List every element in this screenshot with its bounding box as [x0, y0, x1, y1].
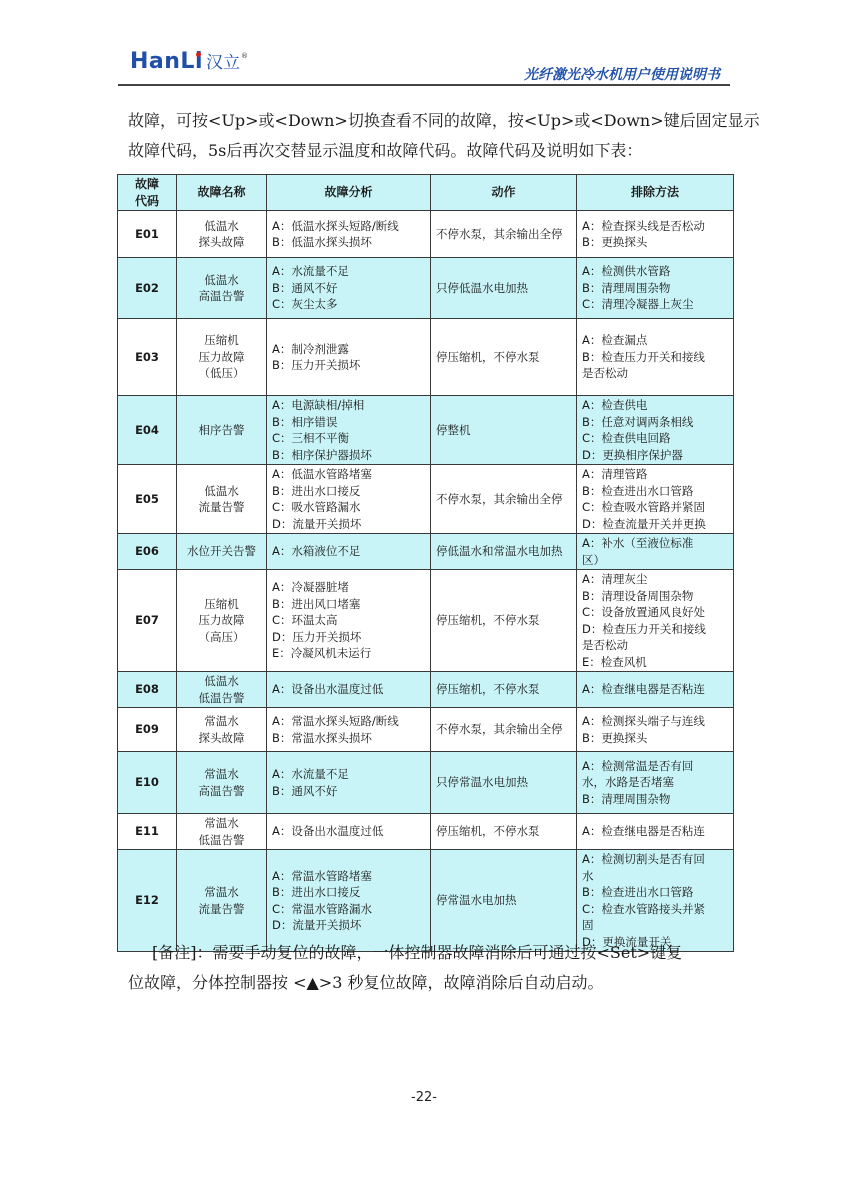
analysis-line: B：低温水探头损坏	[272, 234, 425, 251]
fault-analysis-cell: A：电源缺相/掉相B：相序错误C：三相不平衡B：相序保护器损坏	[267, 396, 431, 465]
header-action: 动作	[431, 175, 577, 211]
analysis-line: C：常温水管路漏水	[272, 901, 425, 918]
remedy-line: B：检查进出水口管路	[582, 483, 728, 500]
fault-code-cell: E03	[118, 319, 177, 396]
fault-name-line: 相序告警	[182, 422, 261, 439]
fault-name-cell: 低温水低温告警	[177, 672, 267, 708]
fault-analysis-cell: A：水箱液位不足	[267, 534, 431, 570]
action-cell: 不停水泵，其余输出全停	[431, 708, 577, 752]
fault-name-line: 低温告警	[182, 690, 261, 707]
table-body: E01低温水探头故障A：低温水探头短路/断线B：低温水探头损坏不停水泵，其余输出…	[118, 211, 734, 952]
fault-code-cell: E05	[118, 465, 177, 534]
remedy-line: C：清理冷凝器上灰尘	[582, 296, 728, 313]
action-cell: 不停水泵，其余输出全停	[431, 465, 577, 534]
table-row: E07压缩机压力故障（高压）A：冷凝器脏堵B：进出风口堵塞C：环温太高D：压力开…	[118, 570, 734, 672]
analysis-line: B：通风不好	[272, 280, 425, 297]
analysis-line: A：水流量不足	[272, 766, 425, 783]
analysis-line: B：通风不好	[272, 783, 425, 800]
remedy-line: 是否松动	[582, 365, 728, 382]
action-cell: 只停常温水电加热	[431, 752, 577, 814]
remedy-line: 是否松动	[582, 637, 728, 654]
action-cell: 停常温水电加热	[431, 850, 577, 952]
fault-name-line: 高温告警	[182, 783, 261, 800]
remedy-line: B：清理周围杂物	[582, 280, 728, 297]
remedy-line: D：更换相序保护器	[582, 447, 728, 464]
analysis-line: A：水流量不足	[272, 263, 425, 280]
fault-name-cell: 低温水高温告警	[177, 258, 267, 319]
fault-name-line: 高温告警	[182, 288, 261, 305]
remedy-line: A：清理管路	[582, 466, 728, 483]
analysis-line: A：设备出水温度过低	[272, 681, 425, 698]
fault-analysis-cell: A：设备出水温度过低	[267, 814, 431, 850]
fault-name-line: 流量告警	[182, 499, 261, 516]
fault-name-line: 压力故障	[182, 349, 261, 366]
action-cell: 停压缩机，不停水泵	[431, 672, 577, 708]
action-cell: 停压缩机，不停水泵	[431, 319, 577, 396]
fault-code-cell: E12	[118, 850, 177, 952]
fault-analysis-cell: A：设备出水温度过低	[267, 672, 431, 708]
page-header: HanLi 汉立 ® 光纤激光冷水机用户使用说明书	[118, 40, 730, 86]
fault-name-cell: 压缩机压力故障（低压）	[177, 319, 267, 396]
remedy-line: C：检查吸水管路并紧固	[582, 499, 728, 516]
note-line-1: [备注]：需要手动复位的故障，一体控制器故障消除后可通过按<Set>键复	[152, 943, 682, 962]
analysis-line: A：低温水管路堵塞	[272, 466, 425, 483]
fault-name-cell: 压缩机压力故障（高压）	[177, 570, 267, 672]
remedy-cell: A：检测常温是否有回水，水路是否堵塞B：清理周围杂物	[577, 752, 734, 814]
fault-code-cell: E02	[118, 258, 177, 319]
remedy-line: A：检测探头端子与连线	[582, 713, 728, 730]
fault-name-line: 低温水	[182, 218, 261, 235]
remedy-cell: A：清理管路B：检查进出水口管路C：检查吸水管路并紧固D：检查流量开关并更换	[577, 465, 734, 534]
analysis-line: D：流量开关损坏	[272, 516, 425, 533]
analysis-line: A：低温水探头短路/断线	[272, 218, 425, 235]
analysis-line: C：环温太高	[272, 612, 425, 629]
note-paragraph: [备注]：需要手动复位的故障，一体控制器故障消除后可通过按<Set>键复 位故障…	[128, 938, 738, 998]
fault-analysis-cell: A：水流量不足B：通风不好C：灰尘太多	[267, 258, 431, 319]
registered-mark-icon: ®	[241, 52, 248, 60]
fault-name-line: 常温水	[182, 713, 261, 730]
remedy-line: A：检查供电	[582, 397, 728, 414]
fault-name-cell: 低温水探头故障	[177, 211, 267, 258]
analysis-line: A：电源缺相/掉相	[272, 397, 425, 414]
document-title: 光纤激光冷水机用户使用说明书	[524, 64, 720, 84]
fault-code-cell: E10	[118, 752, 177, 814]
remedy-line: C：检查供电回路	[582, 430, 728, 447]
fault-code-cell: E08	[118, 672, 177, 708]
remedy-cell: A：清理灰尘B：清理设备周围杂物C：设备放置通风良好处D：检查压力开关和接线是否…	[577, 570, 734, 672]
remedy-line: A：检测常温是否有回	[582, 758, 728, 775]
remedy-cell: A：检查探头线是否松动B：更换探头	[577, 211, 734, 258]
analysis-line: A：制冷剂泄露	[272, 341, 425, 358]
fault-code-cell: E06	[118, 534, 177, 570]
intro-line-1: 故障，可按<Up>或<Down>切换查看不同的故障，按<Up>或<Down>键后…	[128, 106, 738, 136]
remedy-line: B：任意对调两条相线	[582, 414, 728, 431]
remedy-line: 区）	[582, 552, 728, 569]
remedy-line: A：清理灰尘	[582, 571, 728, 588]
remedy-cell: A：检测供水管路B：清理周围杂物C：清理冷凝器上灰尘	[577, 258, 734, 319]
fault-analysis-cell: A：冷凝器脏堵B：进出风口堵塞C：环温太高D：压力开关损坏E：冷凝风机未运行	[267, 570, 431, 672]
remedy-line: 水，水路是否堵塞	[582, 774, 728, 791]
fault-name-line: 流量告警	[182, 901, 261, 918]
header-fault-code: 故障 代码	[118, 175, 177, 211]
logo-latin-i: i	[195, 49, 203, 74]
analysis-line: A：常温水管路堵塞	[272, 868, 425, 885]
remedy-line: B：更换探头	[582, 730, 728, 747]
fault-analysis-cell: A：常温水管路堵塞B：进出水口接反C：常温水管路漏水D：流量开关损坏	[267, 850, 431, 952]
fault-code-cell: E11	[118, 814, 177, 850]
analysis-line: C：三相不平衡	[272, 430, 425, 447]
analysis-line: B：进出风口堵塞	[272, 596, 425, 613]
remedy-cell: A：补水（至液位标准区）	[577, 534, 734, 570]
remedy-line: A：检查漏点	[582, 332, 728, 349]
action-cell: 不停水泵，其余输出全停	[431, 211, 577, 258]
remedy-line: B：更换探头	[582, 234, 728, 251]
header-code-line-1: 故障	[123, 176, 171, 193]
remedy-line: 水	[582, 868, 728, 885]
remedy-cell: A：检查供电B：任意对调两条相线C：检查供电回路D：更换相序保护器	[577, 396, 734, 465]
fault-code-cell: E04	[118, 396, 177, 465]
fault-analysis-cell: A：低温水管路堵塞B：进出水口接反C：吸水管路漏水D：流量开关损坏	[267, 465, 431, 534]
fault-code-cell: E09	[118, 708, 177, 752]
logo-chinese-text: 汉立	[206, 52, 240, 74]
analysis-line: A：设备出水温度过低	[272, 823, 425, 840]
analysis-line: B：相序错误	[272, 414, 425, 431]
remedy-line: 固	[582, 917, 728, 934]
table-row: E05低温水流量告警A：低温水管路堵塞B：进出水口接反C：吸水管路漏水D：流量开…	[118, 465, 734, 534]
table-row: E04相序告警A：电源缺相/掉相B：相序错误C：三相不平衡B：相序保护器损坏停整…	[118, 396, 734, 465]
table-row: E02低温水高温告警A：水流量不足B：通风不好C：灰尘太多只停低温水电加热A：检…	[118, 258, 734, 319]
fault-name-cell: 低温水流量告警	[177, 465, 267, 534]
logo-latin-text: HanL	[130, 49, 195, 74]
remedy-line: B：清理设备周围杂物	[582, 588, 728, 605]
header-divider	[118, 84, 730, 86]
fault-code-cell: E07	[118, 570, 177, 672]
remedy-cell: A：检测探头端子与连线B：更换探头	[577, 708, 734, 752]
remedy-line: A：检查探头线是否松动	[582, 218, 728, 235]
note-line-2: 位故障，分体控制器按 <▲>3 秒复位故障，故障消除后自动启动。	[128, 968, 738, 998]
remedy-cell: A：检查继电器是否粘连	[577, 672, 734, 708]
analysis-line: A：水箱液位不足	[272, 543, 425, 560]
hanli-logo: HanLi 汉立 ®	[130, 50, 248, 74]
fault-analysis-cell: A：低温水探头短路/断线B：低温水探头损坏	[267, 211, 431, 258]
fault-name-line: （高压）	[182, 629, 261, 646]
analysis-line: A：冷凝器脏堵	[272, 579, 425, 596]
page-number: -22-	[0, 1090, 848, 1105]
fault-code-table: 故障 代码 故障名称 故障分析 动作 排除方法 E01低温水探头故障A：低温水探…	[117, 174, 734, 952]
fault-name-line: 探头故障	[182, 730, 261, 747]
table-row: E10常温水高温告警A：水流量不足B：通风不好只停常温水电加热A：检测常温是否有…	[118, 752, 734, 814]
fault-name-line: 低温水	[182, 272, 261, 289]
analysis-line: B：进出水口接反	[272, 483, 425, 500]
fault-name-cell: 常温水流量告警	[177, 850, 267, 952]
analysis-line: B：进出水口接反	[272, 884, 425, 901]
fault-code-cell: E01	[118, 211, 177, 258]
table-row: E03压缩机压力故障（低压）A：制冷剂泄露B：压力开关损坏停压缩机，不停水泵A：…	[118, 319, 734, 396]
fault-analysis-cell: A：制冷剂泄露B：压力开关损坏	[267, 319, 431, 396]
remedy-cell: A：检查漏点B：检查压力开关和接线是否松动	[577, 319, 734, 396]
fault-name-line: （低压）	[182, 365, 261, 382]
remedy-line: D：检查流量开关并更换	[582, 516, 728, 533]
header-fault-name: 故障名称	[177, 175, 267, 211]
action-cell: 停压缩机，不停水泵	[431, 570, 577, 672]
fault-name-line: 低温告警	[182, 832, 261, 849]
action-cell: 停整机	[431, 396, 577, 465]
intro-line-2: 故障代码，5s后再次交替显示温度和故障代码。故障代码及说明如下表：	[128, 136, 738, 166]
remedy-line: C：设备放置通风良好处	[582, 604, 728, 621]
table-row: E09常温水探头故障A：常温水探头短路/断线B：常温水探头损坏不停水泵，其余输出…	[118, 708, 734, 752]
analysis-line: B：相序保护器损坏	[272, 447, 425, 464]
remedy-line: B：检查压力开关和接线	[582, 349, 728, 366]
remedy-line: C：检查水管路接头并紧	[582, 901, 728, 918]
fault-name-line: 常温水	[182, 884, 261, 901]
header-remedy: 排除方法	[577, 175, 734, 211]
fault-name-line: 水位开关告警	[182, 543, 261, 560]
table-row: E06水位开关告警A：水箱液位不足停低温水和常温水电加热A：补水（至液位标准区）	[118, 534, 734, 570]
fault-analysis-cell: A：水流量不足B：通风不好	[267, 752, 431, 814]
remedy-line: E：检查风机	[582, 654, 728, 671]
table-row: E11常温水低温告警A：设备出水温度过低停压缩机，不停水泵A：检查继电器是否粘连	[118, 814, 734, 850]
analysis-line: B：常温水探头损坏	[272, 730, 425, 747]
action-cell: 只停低温水电加热	[431, 258, 577, 319]
fault-name-line: 常温水	[182, 766, 261, 783]
remedy-line: B：检查进出水口管路	[582, 884, 728, 901]
analysis-line: C：灰尘太多	[272, 296, 425, 313]
analysis-line: C：吸水管路漏水	[272, 499, 425, 516]
fault-name-line: 探头故障	[182, 234, 261, 251]
analysis-line: E：冷凝风机未运行	[272, 645, 425, 662]
fault-name-cell: 常温水探头故障	[177, 708, 267, 752]
action-cell: 停低温水和常温水电加热	[431, 534, 577, 570]
analysis-line: D：压力开关损坏	[272, 629, 425, 646]
header-code-line-2: 代码	[123, 193, 171, 210]
fault-name-line: 压力故障	[182, 612, 261, 629]
table-row: E08低温水低温告警A：设备出水温度过低停压缩机，不停水泵A：检查继电器是否粘连	[118, 672, 734, 708]
remedy-line: A：补水（至液位标准	[582, 535, 728, 552]
logo-wordmark: HanLi	[130, 50, 203, 74]
fault-name-cell: 常温水低温告警	[177, 814, 267, 850]
header-fault-analysis: 故障分析	[267, 175, 431, 211]
fault-name-line: 低温水	[182, 483, 261, 500]
remedy-line: B：清理周围杂物	[582, 791, 728, 808]
fault-name-line: 常温水	[182, 815, 261, 832]
remedy-cell: A：检测切割头是否有回水B：检查进出水口管路C：检查水管路接头并紧固D：更换流量…	[577, 850, 734, 952]
intro-paragraph: 故障，可按<Up>或<Down>切换查看不同的故障，按<Up>或<Down>键后…	[128, 106, 738, 166]
analysis-line: A：常温水探头短路/断线	[272, 713, 425, 730]
fault-name-cell: 相序告警	[177, 396, 267, 465]
analysis-line: B：压力开关损坏	[272, 357, 425, 374]
remedy-line: A：检测供水管路	[582, 263, 728, 280]
action-cell: 停压缩机，不停水泵	[431, 814, 577, 850]
fault-name-cell: 常温水高温告警	[177, 752, 267, 814]
table-row: E12常温水流量告警A：常温水管路堵塞B：进出水口接反C：常温水管路漏水D：流量…	[118, 850, 734, 952]
remedy-cell: A：检查继电器是否粘连	[577, 814, 734, 850]
remedy-line: A：检测切割头是否有回	[582, 851, 728, 868]
fault-name-cell: 水位开关告警	[177, 534, 267, 570]
analysis-line: D：流量开关损坏	[272, 917, 425, 934]
fault-name-line: 压缩机	[182, 332, 261, 349]
table-row: E01低温水探头故障A：低温水探头短路/断线B：低温水探头损坏不停水泵，其余输出…	[118, 211, 734, 258]
remedy-line: A：检查继电器是否粘连	[582, 681, 728, 698]
remedy-line: A：检查继电器是否粘连	[582, 823, 728, 840]
remedy-line: D：检查压力开关和接线	[582, 621, 728, 638]
fault-analysis-cell: A：常温水探头短路/断线B：常温水探头损坏	[267, 708, 431, 752]
fault-name-line: 压缩机	[182, 596, 261, 613]
fault-name-line: 低温水	[182, 673, 261, 690]
table-header-row: 故障 代码 故障名称 故障分析 动作 排除方法	[118, 175, 734, 211]
